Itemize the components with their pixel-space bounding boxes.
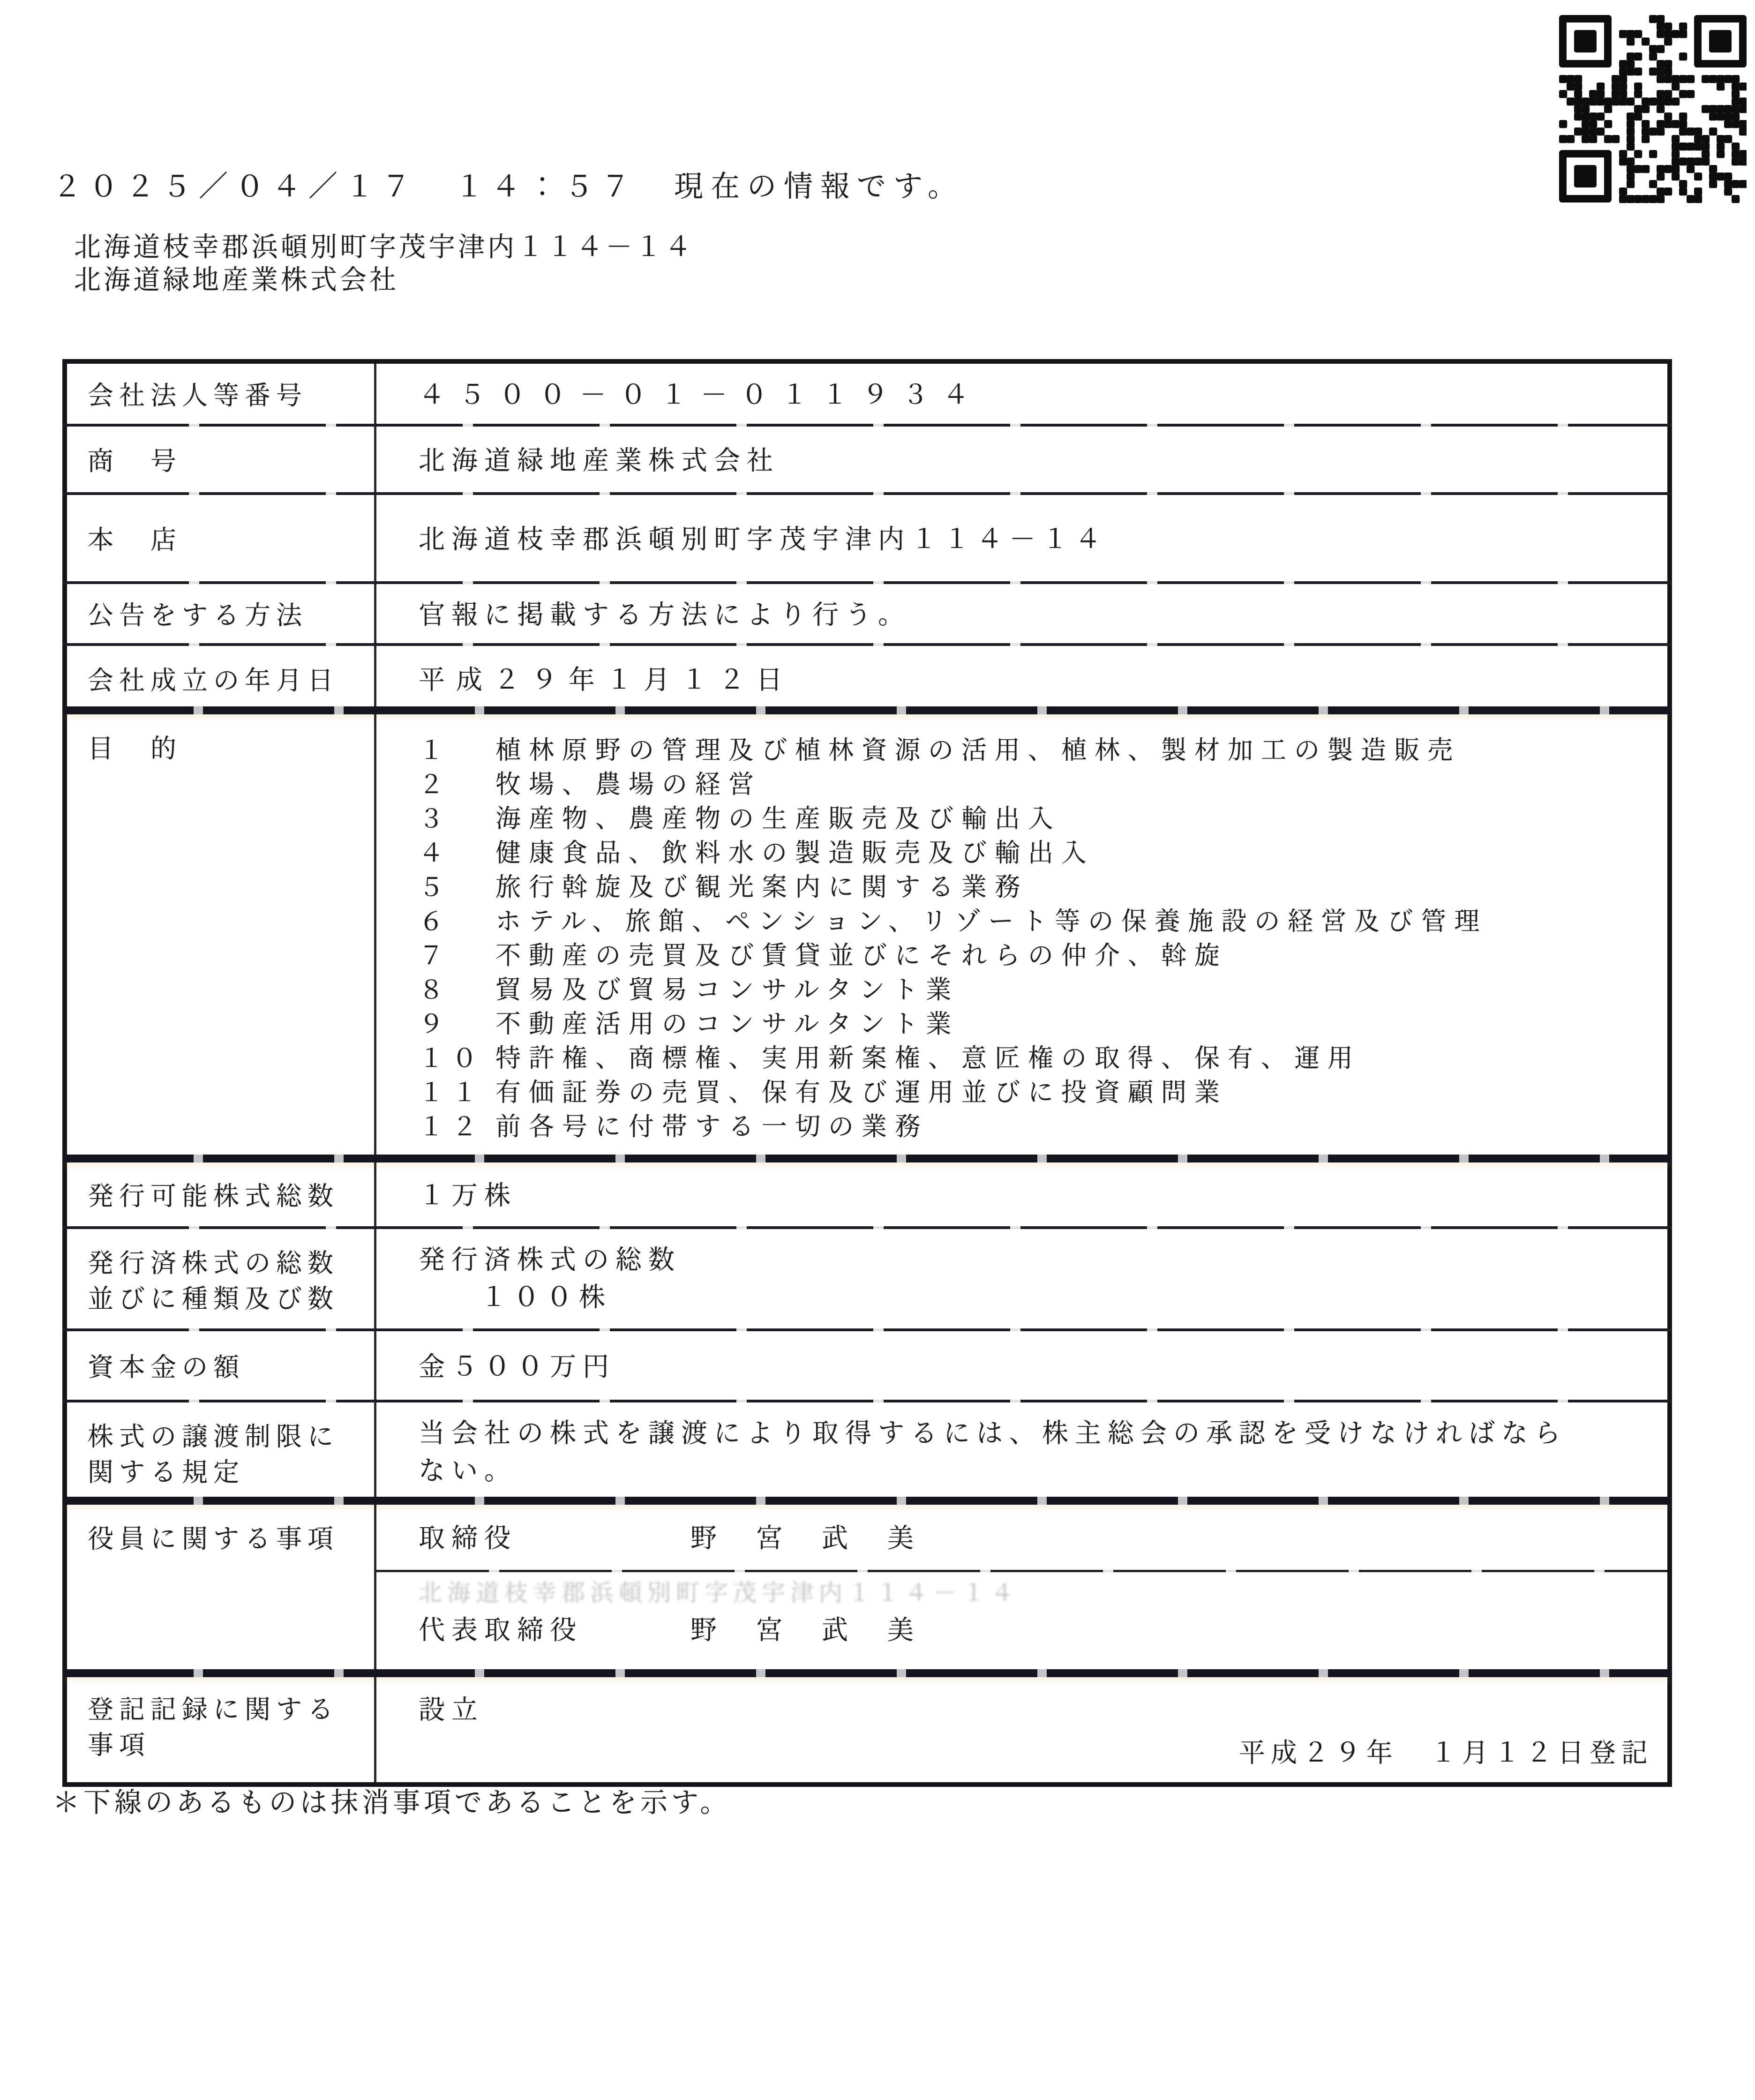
- row-capital: 資本金の額 金５００万円: [67, 1331, 1667, 1402]
- recipient-company: 北海道緑地産業株式会社: [74, 263, 694, 296]
- capital-label: 資本金の額: [67, 1331, 376, 1402]
- share-transfer-value-line1: 当会社の株式を譲渡により取得するには、株主総会の承認を受けなければなら: [419, 1415, 1653, 1452]
- purpose-item-text: 特許権、商標権、実用新案権、意匠権の取得、保有、運用: [495, 1041, 1361, 1075]
- trade-name-label: 商 号: [67, 427, 376, 495]
- representative-address-faint: 北海道枝幸郡浜頓別町字茂宇津内１１４－１４: [419, 1579, 1653, 1607]
- authorized-shares-value: １万株: [376, 1165, 1667, 1227]
- officer-representative-name: 野 宮 武 美: [690, 1612, 920, 1649]
- purpose-item-number: ２: [419, 767, 495, 802]
- purpose-item: ３海産物、農産物の生産販売及び輸出入: [419, 802, 1653, 836]
- purpose-item: ９不動産活用のコンサルタント業: [419, 1007, 1653, 1041]
- purpose-item-text: 不動産活用のコンサルタント業: [495, 1007, 959, 1041]
- row-corporate-number: 会社法人等番号 ４５００－０１－０１１９３４: [67, 364, 1667, 427]
- share-transfer-value: 当会社の株式を譲渡により取得するには、株主総会の承認を受けなければなら ない。: [376, 1402, 1667, 1502]
- registry-record-date: 平成２９年 １月１２日登記: [1239, 1734, 1653, 1772]
- registry-document: { "header": { "timestamp_line": "２０２５／０４…: [0, 0, 1755, 2100]
- row-share-transfer: 株式の譲渡制限に 関する規定 当会社の株式を譲渡により取得するには、株主総会の承…: [67, 1402, 1667, 1505]
- row-incorporation-date: 会社成立の年月日 平成２９年１月１２日: [67, 646, 1667, 714]
- purpose-item: １０特許権、商標権、実用新案権、意匠権の取得、保有、運用: [419, 1041, 1653, 1075]
- registry-record-label-line1: 登記記録に関する: [88, 1691, 365, 1727]
- issued-shares-value-line1: 発行済株式の総数: [419, 1241, 1653, 1279]
- purpose-item-text: 貿易及び貿易コンサルタント業: [495, 973, 959, 1007]
- corporate-number-label: 会社法人等番号: [67, 364, 376, 427]
- issued-shares-label: 発行済株式の総数 並びに種類及び数: [67, 1229, 376, 1331]
- purpose-item-number: ３: [419, 802, 495, 836]
- purpose-item-text: 牧場、農場の経営: [495, 767, 762, 802]
- purpose-item-number: ８: [419, 973, 495, 1007]
- purpose-item-text: 不動産の売買及び賃貸並びにそれらの仲介、斡旋: [495, 938, 1228, 973]
- purpose-item: １植林原野の管理及び植林資源の活用、植林、製材加工の製造販売: [419, 733, 1653, 767]
- head-office-label: 本 店: [67, 495, 376, 584]
- purpose-item-text: 旅行斡旋及び観光案内に関する業務: [495, 870, 1028, 904]
- row-trade-name: 商 号 北海道緑地産業株式会社: [67, 427, 1667, 495]
- purpose-item-number: ９: [419, 1007, 495, 1041]
- issued-shares-value: 発行済株式の総数 １００株: [376, 1229, 1667, 1328]
- footnote: ＊下線のあるものは抹消事項であることを示す。: [52, 1780, 731, 1820]
- purpose-label: 目 的: [67, 714, 376, 1162]
- timestamp-line: ２０２５／０４／１７ １４：５７ 現在の情報です。: [52, 163, 964, 205]
- officer-director-row: 取締役 野 宮 武 美: [419, 1505, 1653, 1572]
- purpose-item-text: 健康食品、飲料水の製造販売及び輸出入: [495, 836, 1095, 870]
- row-registry-record: 登記記録に関する 事項 設立 平成２９年 １月１２日登記: [67, 1677, 1667, 1782]
- issued-shares-label-line1: 発行済株式の総数: [88, 1245, 365, 1281]
- purpose-item-text: ホテル、旅館、ペンション、リゾート等の保養施設の経営及び管理: [495, 904, 1487, 938]
- purpose-item: ８貿易及び貿易コンサルタント業: [419, 973, 1653, 1007]
- purpose-item-number: １０: [419, 1041, 495, 1075]
- share-transfer-label: 株式の譲渡制限に 関する規定: [67, 1402, 376, 1505]
- registry-record-type: 設立: [419, 1691, 1653, 1729]
- row-issued-shares: 発行済株式の総数 並びに種類及び数 発行済株式の総数 １００株: [67, 1229, 1667, 1331]
- share-transfer-label-line2: 関する規定: [88, 1454, 365, 1490]
- purpose-item: １１有価証券の売買、保有及び運用並びに投資顧問業: [419, 1075, 1653, 1110]
- purpose-item-text: 植林原野の管理及び植林資源の活用、植林、製材加工の製造販売: [495, 733, 1461, 767]
- purpose-item: ７不動産の売買及び賃貸並びにそれらの仲介、斡旋: [419, 938, 1653, 973]
- registry-record-value: 設立 平成２９年 １月１２日登記: [376, 1677, 1667, 1782]
- corporate-number-value: ４５００－０１－０１１９３４: [376, 364, 1667, 426]
- row-purpose: 目 的 １植林原野の管理及び植林資源の活用、植林、製材加工の製造販売２牧場、農場…: [67, 714, 1667, 1162]
- recipient-address: 北海道枝幸郡浜頓別町字茂宇津内１１４－１４: [74, 231, 694, 263]
- recipient-block: 北海道枝幸郡浜頓別町字茂宇津内１１４－１４ 北海道緑地産業株式会社: [74, 231, 694, 296]
- officers-value: 取締役 野 宮 武 美 北海道枝幸郡浜頓別町字茂宇津内１１４－１４ 代表取締役 …: [376, 1505, 1667, 1677]
- incorporation-date-label: 会社成立の年月日: [67, 646, 376, 714]
- trade-name-value: 北海道緑地産業株式会社: [376, 430, 1667, 492]
- issued-shares-label-line2: 並びに種類及び数: [88, 1281, 365, 1316]
- officer-representative-row: 北海道枝幸郡浜頓別町字茂宇津内１１４－１４ 代表取締役 野 宮 武 美: [419, 1572, 1653, 1677]
- purpose-item-number: ５: [419, 870, 495, 904]
- row-head-office: 本 店 北海道枝幸郡浜頓別町字茂宇津内１１４－１４: [67, 495, 1667, 584]
- purpose-item-number: ６: [419, 904, 495, 938]
- qr-code-icon: [1559, 13, 1747, 204]
- capital-value: 金５００万円: [376, 1336, 1667, 1398]
- share-transfer-label-line1: 株式の譲渡制限に: [88, 1418, 365, 1454]
- purpose-item-number: １２: [419, 1110, 495, 1144]
- purpose-item: ５旅行斡旋及び観光案内に関する業務: [419, 870, 1653, 904]
- purpose-item: ２牧場、農場の経営: [419, 767, 1653, 802]
- purpose-item: １２前各号に付帯する一切の業務: [419, 1110, 1653, 1144]
- officer-director-role: 取締役: [419, 1520, 690, 1557]
- officer-representative-role: 代表取締役: [419, 1612, 690, 1649]
- row-public-notice: 公告をする方法 官報に掲載する方法により行う。: [67, 584, 1667, 646]
- officer-director-name: 野 宮 武 美: [690, 1520, 920, 1557]
- purpose-item-number: ７: [419, 938, 495, 973]
- registry-record-label: 登記記録に関する 事項: [67, 1677, 376, 1782]
- purpose-item-text: 前各号に付帯する一切の業務: [495, 1110, 928, 1144]
- share-transfer-value-line2: ない。: [419, 1452, 1653, 1490]
- purpose-item-number: ４: [419, 836, 495, 870]
- registry-record-label-line2: 事項: [88, 1727, 365, 1762]
- purpose-item-text: 有価証券の売買、保有及び運用並びに投資顧問業: [495, 1075, 1228, 1110]
- purpose-list: １植林原野の管理及び植林資源の活用、植林、製材加工の製造販売２牧場、農場の経営３…: [376, 714, 1667, 1162]
- row-authorized-shares: 発行可能株式総数 １万株: [67, 1162, 1667, 1229]
- public-notice-label: 公告をする方法: [67, 584, 376, 646]
- row-officers: 役員に関する事項 取締役 野 宮 武 美 北海道枝幸郡浜頓別町字茂宇津内１１４－…: [67, 1505, 1667, 1677]
- purpose-item-number: １: [419, 733, 495, 767]
- purpose-item: ４健康食品、飲料水の製造販売及び輸出入: [419, 836, 1653, 870]
- authorized-shares-label: 発行可能株式総数: [67, 1162, 376, 1229]
- purpose-item-text: 海産物、農産物の生産販売及び輸出入: [495, 802, 1061, 836]
- registry-table: 会社法人等番号 ４５００－０１－０１１９３４ 商 号 北海道緑地産業株式会社 本…: [62, 359, 1672, 1787]
- purpose-item-number: １１: [419, 1075, 495, 1110]
- issued-shares-value-line2: １００株: [480, 1279, 1653, 1316]
- public-notice-value: 官報に掲載する方法により行う。: [376, 584, 1667, 646]
- head-office-value: 北海道枝幸郡浜頓別町字茂宇津内１１４－１４: [376, 509, 1667, 570]
- purpose-item: ６ホテル、旅館、ペンション、リゾート等の保養施設の経営及び管理: [419, 904, 1653, 938]
- officers-label: 役員に関する事項: [67, 1505, 376, 1677]
- incorporation-date-value: 平成２９年１月１２日: [376, 649, 1667, 711]
